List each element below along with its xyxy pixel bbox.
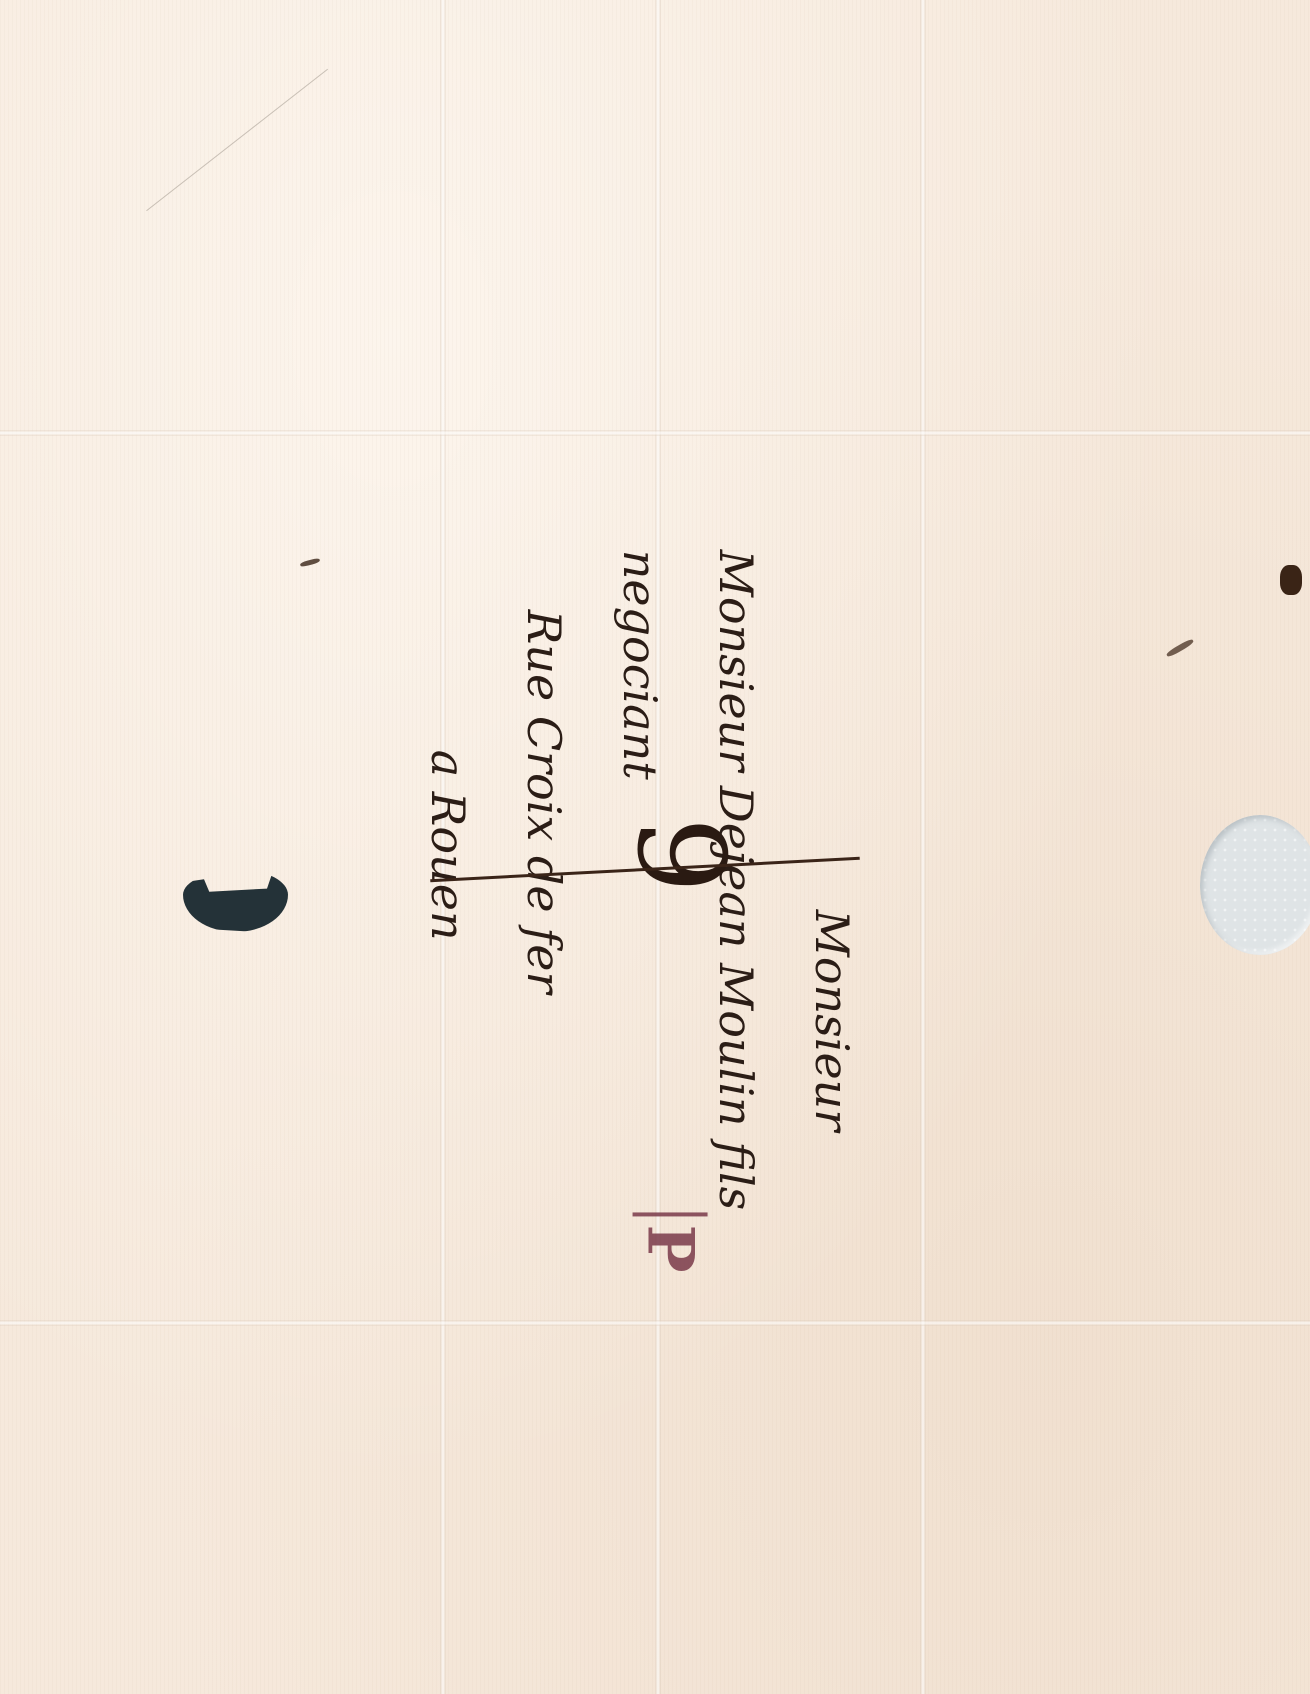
fold-crease-horizontal (0, 1320, 1310, 1326)
fold-crease-horizontal (0, 430, 1310, 436)
postmark-stamp: P (633, 1212, 708, 1272)
address-line: Rue Croix de fer (496, 550, 592, 1211)
address-line: Monsieur (784, 550, 880, 1211)
postage-rate-mark: 9 (625, 705, 735, 1005)
fold-crease-vertical (920, 0, 926, 1694)
ink-stain (1280, 565, 1302, 595)
embossed-seal (1200, 815, 1310, 955)
